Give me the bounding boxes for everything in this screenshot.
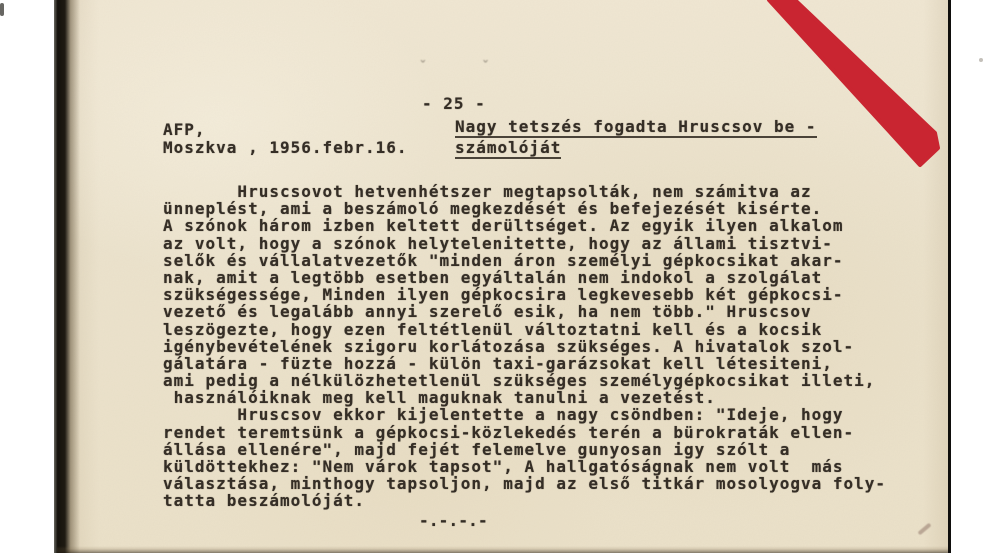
paper-right-edge-line <box>948 0 951 553</box>
paper-left-edge-shadow <box>54 0 80 553</box>
body-text: Hruscsovot hetvenhétszer megtapsolták, n… <box>163 183 886 510</box>
paper-speck <box>979 58 983 62</box>
end-separator: -.-.-.- <box>419 513 488 529</box>
scan-artifact-top-left <box>0 3 4 16</box>
paper-bottom-edge-shadow <box>57 546 949 553</box>
page-number: - 25 - <box>422 96 486 112</box>
headline-line-1: Nagy tetszés fogadta Hruscsov be - <box>455 118 817 138</box>
ghost-typewriter-marks: ˇ ˇ <box>419 60 489 75</box>
headline: Nagy tetszés fogadta Hruscsov be - számo… <box>455 118 817 160</box>
body-line: gálatára - füzte hozzá - külön taxi-gará… <box>163 355 886 372</box>
body-line: küldöttekhez: "Nem várok tapsot", A hall… <box>163 458 886 475</box>
source-agency: AFP, <box>163 121 206 139</box>
body-line: selők és vállalatvezetők "minden áron sz… <box>163 252 886 269</box>
body-line: vezető és legalább annyi szerelő esik, h… <box>163 303 886 320</box>
headline-line-2: számolóját <box>455 139 561 159</box>
body-line: Hruscsov ekkor kijelentette a nagy csönd… <box>163 406 886 423</box>
scanned-document-page: ˇ ˇ - 25 - AFP, Moszkva , 1956.febr.16. … <box>0 0 1000 553</box>
paper-sheet: ˇ ˇ - 25 - AFP, Moszkva , 1956.febr.16. … <box>57 0 949 553</box>
body-line: nak, amit a legtöbb esetben egyáltalán n… <box>163 269 886 286</box>
body-line: tatta beszámolóját. <box>163 492 886 509</box>
body-line: A szónok három izben keltett derültséget… <box>163 217 886 234</box>
body-line: ami pedig a nélkülözhetetlenül szükséges… <box>163 372 886 389</box>
body-line: használóiknak meg kell maguknak tanulni … <box>163 389 886 406</box>
body-line: ünneplést, ami a beszámoló megkezdését é… <box>163 200 886 217</box>
body-line: szükségessége, Minden ilyen gépkocsira l… <box>163 286 886 303</box>
source-dateline: Moszkva , 1956.febr.16. <box>163 139 408 157</box>
body-line: állása ellenére", majd fejét felemelve g… <box>163 441 886 458</box>
body-line: leszögezte, hogy ezen feltétlenül változ… <box>163 321 886 338</box>
body-line: Hruscsovot hetvenhétszer megtapsolták, n… <box>163 183 886 200</box>
body-line: rendet teremtsünk a gépkocsi-közlekedés … <box>163 424 886 441</box>
body-line: választása, minthogy tapsoljon, majd az … <box>163 475 886 492</box>
bottom-right-smudge <box>917 523 931 536</box>
body-line: igénybevételének szigoru korlátozása szü… <box>163 338 886 355</box>
body-line: az volt, hogy a szónok helytelenitette, … <box>163 235 886 252</box>
